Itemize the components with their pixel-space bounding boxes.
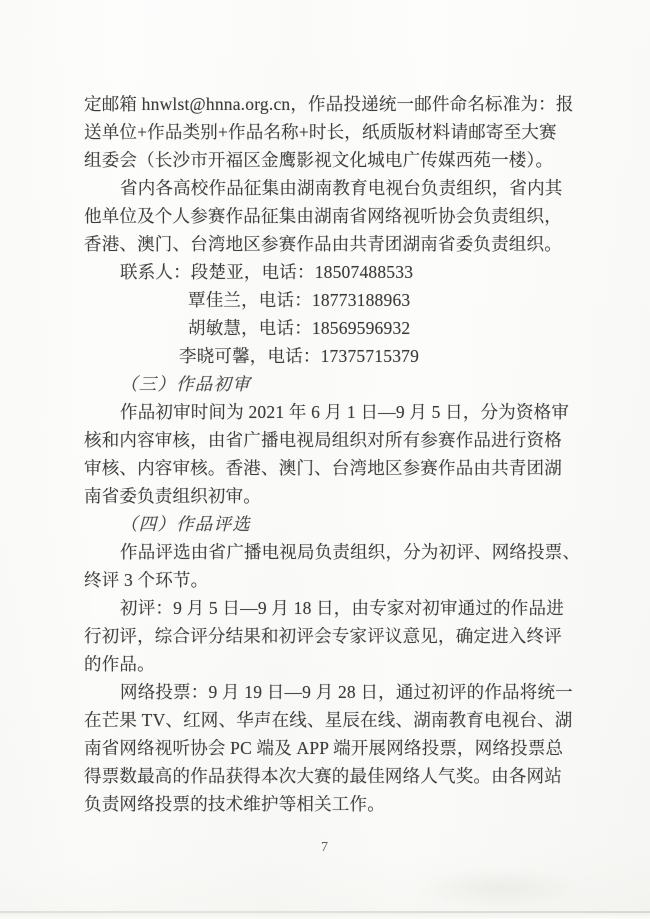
text-line: 终评 3 个环节。 xyxy=(84,566,584,594)
text-line: 南省网络视听协会 PC 端及 APP 端开展网络投票，网络投票总 xyxy=(84,734,584,762)
text-line: 送单位+作品类别+作品名称+时长，纸质版材料请邮寄至大赛 xyxy=(84,118,584,146)
page-number: 7 xyxy=(0,840,650,856)
document-content: 定邮箱 hnwlst@hnna.org.cn，作品投递统一邮件命名标准为：报送单… xyxy=(84,90,584,818)
text-line: 核和内容审核，由省广播电视局组织对所有参赛作品进行资格 xyxy=(84,426,584,454)
text-line: 网络投票：9 月 19 日—9 月 28 日，通过初评的作品将统一 xyxy=(84,678,584,706)
text-line: 省内各高校作品征集由湖南教育电视台负责组织，省内其 xyxy=(84,174,584,202)
text-line: 作品评选由省广播电视局负责组织，分为初评、网络投票、 xyxy=(84,538,584,566)
text-line: 行初评，综合评分结果和初评会专家评议意见，确定进入终评 xyxy=(84,622,584,650)
text-line: 组委会（长沙市开福区金鹰影视文化城电广传媒西苑一楼）。 xyxy=(84,146,584,174)
text-line: 联系人：段楚亚，电话：18507488533 xyxy=(84,258,584,286)
text-line: 审核、内容审核。香港、澳门、台湾地区参赛作品由共青团湖 xyxy=(84,454,584,482)
text-line: 南省委负责组织初审。 xyxy=(84,482,584,510)
text-line: 他单位及个人参赛作品征集由湖南省网络视听协会负责组织， xyxy=(84,202,584,230)
text-line: 覃佳兰，电话：18773188963 xyxy=(84,286,584,314)
text-line: 初评：9 月 5 日—9 月 18 日，由专家对初审通过的作品进 xyxy=(84,594,584,622)
text-line: 李晓可馨，电话：17375715379 xyxy=(84,342,584,370)
text-line: 胡敏慧，电话：18569596932 xyxy=(84,314,584,342)
text-line: 作品初审时间为 2021 年 6 月 1 日—9 月 5 日，分为资格审 xyxy=(84,398,584,426)
text-line: 得票数最高的作品获得本次大赛的最佳网络人气奖。由各网站 xyxy=(84,762,584,790)
scan-background-strip xyxy=(0,913,650,919)
text-line: 在芒果 TV、红网、华声在线、星辰在线、湖南教育电视台、湖 xyxy=(84,706,584,734)
scanned-document-page: 定邮箱 hnwlst@hnna.org.cn，作品投递统一邮件命名标准为：报送单… xyxy=(0,0,650,919)
text-line: （三）作品初审 xyxy=(84,370,584,398)
text-line: 定邮箱 hnwlst@hnna.org.cn，作品投递统一邮件命名标准为：报 xyxy=(84,90,584,118)
text-line: 香港、澳门、台湾地区参赛作品由共青团湖南省委负责组织。 xyxy=(84,230,584,258)
text-line: （四）作品评选 xyxy=(84,510,584,538)
text-line: 负责网络投票的技术维护等相关工作。 xyxy=(84,790,584,818)
text-line: 的作品。 xyxy=(84,650,584,678)
